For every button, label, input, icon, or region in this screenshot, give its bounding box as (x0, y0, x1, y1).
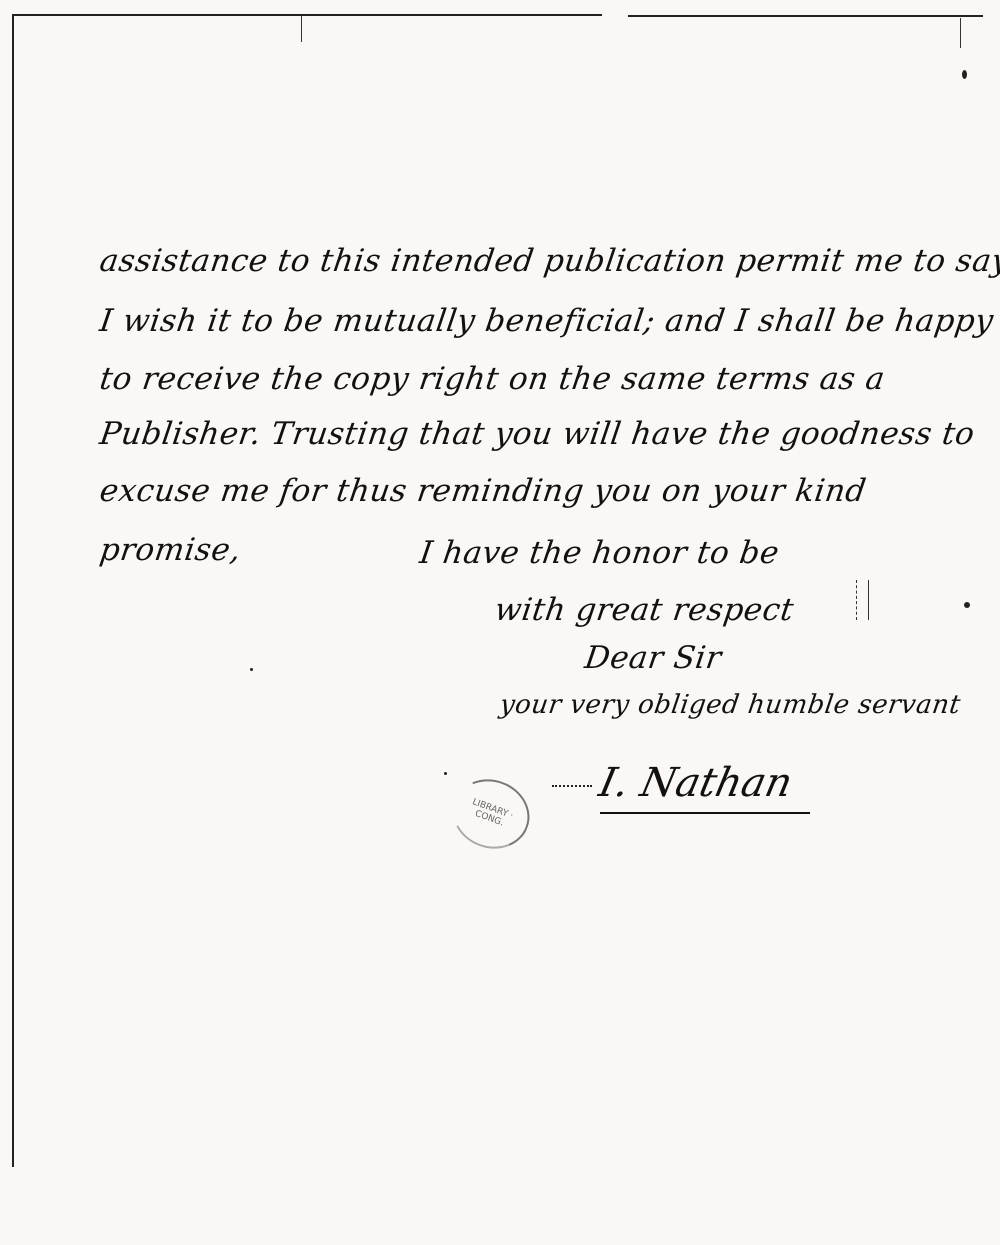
letter-line-5: excuse me for thus reminding you on your… (97, 473, 868, 509)
margin-mark (868, 580, 869, 620)
stamp-text: LIBRARY · CONG. (453, 792, 529, 836)
closing-line-3: your very obliged humble servant (498, 690, 963, 720)
closing-line-1: I have the honor to be (417, 535, 781, 571)
letter-line-2: I wish it to be mutually beneficial; and… (97, 303, 995, 339)
letter-line-6: promise, (97, 532, 243, 568)
ink-speck (964, 602, 970, 608)
letter-line-1: assistance to this intended publication … (97, 243, 1000, 279)
margin-mark (856, 580, 857, 620)
page-border-top-right (628, 15, 983, 17)
closing-salutation: Dear Sir (582, 640, 723, 676)
ink-speck (962, 70, 967, 79)
signature: I. Nathan (595, 760, 796, 806)
letter-line-4: Publisher. Trusting that you will have t… (97, 416, 977, 452)
page-border-left (12, 14, 14, 1167)
fold-mark (301, 16, 302, 42)
page-border-top (12, 14, 602, 16)
fold-mark (960, 18, 961, 48)
letter-page: assistance to this intended publication … (0, 0, 1000, 1245)
ink-speck (444, 772, 447, 775)
library-stamp: LIBRARY · CONG. (443, 769, 540, 860)
closing-line-2: with great respect (492, 592, 796, 628)
signature-flourish (600, 812, 810, 814)
signature-dash (552, 785, 592, 787)
ink-speck (250, 668, 253, 671)
letter-line-3: to receive the copy right on the same te… (97, 361, 887, 397)
